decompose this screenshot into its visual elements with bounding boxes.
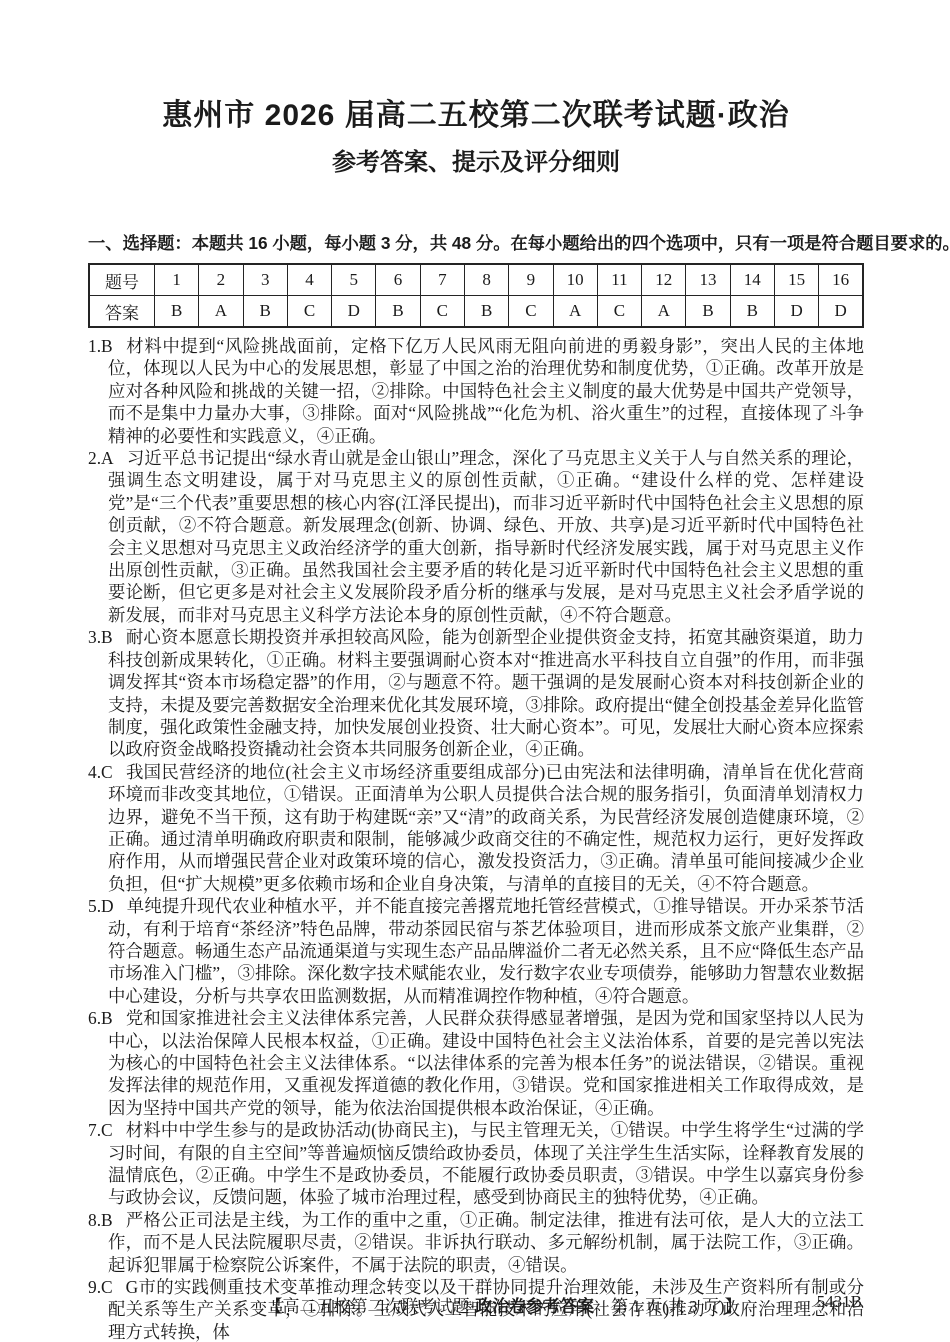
question-number-cell: 6 <box>376 264 420 296</box>
question-number-cell: 10 <box>553 264 597 296</box>
question-number-cell: 9 <box>509 264 553 296</box>
answer-cell: A <box>553 296 597 328</box>
page-content: 惠州市 2026 届高二五校第二次联考试题·政治 参考答案、提示及评分细则 一、… <box>88 0 864 1342</box>
explanation-label: 3.B <box>88 627 113 647</box>
page-footer: 【高二五校第二次联考试题·政治卷参考答案 第 1 页(共 3 页)】 5431B <box>88 1292 864 1318</box>
answer-cell: B <box>464 296 508 328</box>
explanations: 1.B材料中提到“风险挑战面前，定格下亿万人民风雨无阻向前进的勇毅身影”，突出人… <box>88 335 864 1342</box>
table-row: 答案BABCDBCBCACABBDD <box>89 296 863 328</box>
question-number-cell: 3 <box>243 264 287 296</box>
explanation-item: 3.B耐心资本愿意长期投资并承担较高风险，能为创新型企业提供资金支持，拓宽其融资… <box>88 626 864 760</box>
explanation-label: 5.D <box>88 896 114 916</box>
answer-row-header: 答案 <box>89 296 155 328</box>
answer-cell: B <box>376 296 420 328</box>
answer-table-body: 题号12345678910111213141516答案BABCDBCBCACAB… <box>89 264 863 327</box>
answer-cell: B <box>243 296 287 328</box>
explanation-text: 单纯提升现代农业种植水平，并不能直接完善撂荒地托管经营模式，①推导错误。开办采茶… <box>108 896 864 1006</box>
explanation-text: 党和国家推进社会主义法律体系完善，人民群众获得感显著增强，是因为党和国家坚持以人… <box>108 1008 864 1118</box>
explanation-item: 2.A习近平总书记提出“绿水青山就是金山银山”理念，深化了马克思主义关于人与自然… <box>88 447 864 626</box>
explanation-text: 严格公正司法是主线，为工作的重中之重，①正确。制定法律，推进有法可依，是人大的立… <box>108 1210 864 1275</box>
question-number-cell: 12 <box>642 264 686 296</box>
explanation-label: 6.B <box>88 1008 113 1028</box>
question-number-cell: 4 <box>287 264 331 296</box>
answer-cell: D <box>819 296 863 328</box>
explanation-label: 7.C <box>88 1120 113 1140</box>
explanation-text: 习近平总书记提出“绿水青山就是金山银山”理念，深化了马克思主义关于人与自然关系的… <box>108 448 864 625</box>
explanation-text: 材料中中学生参与的是政协活动(协商民主)，与民主管理无关，①错误。中学生将学生“… <box>108 1120 864 1207</box>
explanation-text: 材料中提到“风险挑战面前，定格下亿万人民风雨无阻向前进的勇毅身影”，突出人民的主… <box>108 336 864 446</box>
footer-source-prefix: 【高二五校第二次联考试题· <box>266 1297 476 1316</box>
explanation-item: 8.B严格公正司法是主线，为工作的重中之重，①正确。制定法律，推进有法可依，是人… <box>88 1209 864 1276</box>
question-number-cell: 2 <box>199 264 243 296</box>
explanation-item: 1.B材料中提到“风险挑战面前，定格下亿万人民风雨无阻向前进的勇毅身影”，突出人… <box>88 335 864 447</box>
explanation-item: 6.B党和国家推进社会主义法律体系完善，人民群众获得感显著增强，是因为党和国家坚… <box>88 1007 864 1119</box>
table-row: 题号12345678910111213141516 <box>89 264 863 296</box>
question-number-cell: 5 <box>332 264 376 296</box>
question-number-row-header: 题号 <box>89 264 155 296</box>
page-title: 惠州市 2026 届高二五校第二次联考试题·政治 <box>88 90 864 134</box>
footer-source-title: 政治卷参考答案 <box>475 1297 594 1316</box>
explanation-label: 8.B <box>88 1210 113 1230</box>
answer-cell: C <box>509 296 553 328</box>
answer-cell: D <box>332 296 376 328</box>
footer-source-line: 【高二五校第二次联考试题·政治卷参考答案 第 1 页(共 3 页)】 <box>88 1292 864 1317</box>
question-number-cell: 7 <box>420 264 464 296</box>
answer-cell: A <box>642 296 686 328</box>
explanation-item: 5.D单纯提升现代农业种植水平，并不能直接完善撂荒地托管经营模式，①推导错误。开… <box>88 895 864 1007</box>
answer-table: 题号12345678910111213141516答案BABCDBCBCACAB… <box>88 263 864 328</box>
answer-cell: A <box>199 296 243 328</box>
answer-cell: C <box>287 296 331 328</box>
question-number-cell: 11 <box>597 264 641 296</box>
answer-cell: B <box>686 296 730 328</box>
answer-cell: C <box>597 296 641 328</box>
question-number-cell: 13 <box>686 264 730 296</box>
explanation-label: 4.C <box>88 762 113 782</box>
question-number-cell: 15 <box>774 264 818 296</box>
page-subtitle: 参考答案、提示及评分细则 <box>88 142 864 177</box>
footer-page-info: 第 1 页(共 3 页)】 <box>594 1297 741 1316</box>
question-number-cell: 1 <box>155 264 199 296</box>
answer-cell: B <box>155 296 199 328</box>
question-number-cell: 14 <box>730 264 774 296</box>
explanation-text: 耐心资本愿意长期投资并承担较高风险，能为创新型企业提供资金支持，拓宽其融资渠道，… <box>108 627 864 759</box>
answer-cell: B <box>730 296 774 328</box>
explanation-item: 4.C我国民营经济的地位(社会主义市场经济重要组成部分)已由宪法和法律明确，清单… <box>88 761 864 895</box>
question-number-cell: 16 <box>819 264 863 296</box>
explanation-label: 1.B <box>88 336 113 356</box>
explanation-item: 7.C材料中中学生参与的是政协活动(协商民主)，与民主管理无关，①错误。中学生将… <box>88 1119 864 1209</box>
answer-cell: D <box>774 296 818 328</box>
footer-code: 5431B <box>817 1292 862 1312</box>
explanation-label: 2.A <box>88 448 114 468</box>
question-number-cell: 8 <box>464 264 508 296</box>
answer-cell: C <box>420 296 464 328</box>
explanation-text: 我国民营经济的地位(社会主义市场经济重要组成部分)已由宪法和法律明确，清单旨在优… <box>108 762 864 894</box>
section-heading: 一、选择题：本题共 16 小题，每小题 3 分，共 48 分。在每小题给出的四个… <box>88 229 864 254</box>
